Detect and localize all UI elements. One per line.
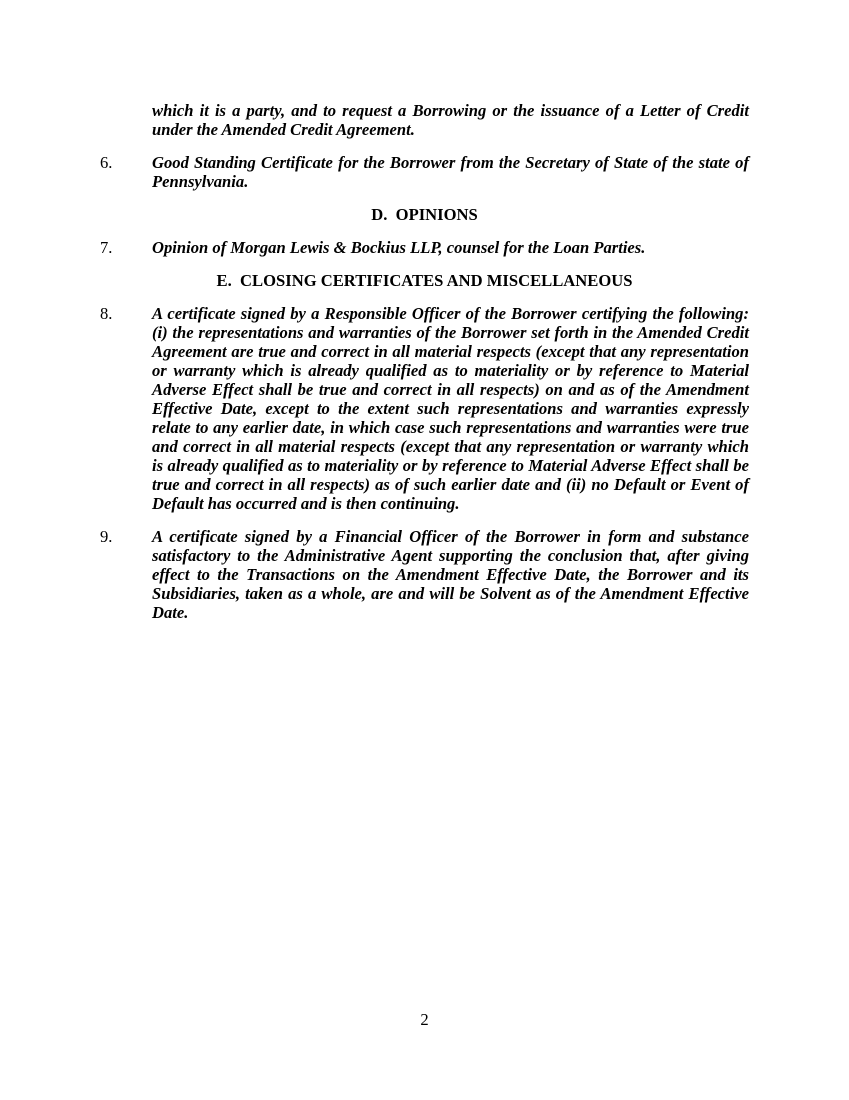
item-text: A certificate signed by a Responsible Of… <box>152 304 749 513</box>
item-text: A certificate signed by a Financial Offi… <box>152 527 749 622</box>
page-number: 2 <box>420 1010 428 1029</box>
paragraph-text: which it is a party, and to request a Bo… <box>152 101 749 139</box>
item-number: 9. <box>100 527 112 546</box>
continuation-paragraph: which it is a party, and to request a Bo… <box>100 101 749 139</box>
item-number: 8. <box>100 304 112 323</box>
item-text: Opinion of Morgan Lewis & Bockius LLP, c… <box>152 238 749 257</box>
list-item-8: 8. A certificate signed by a Responsible… <box>100 304 749 513</box>
section-heading-opinions: D. OPINIONS <box>100 205 749 224</box>
list-item-6: 6. Good Standing Certificate for the Bor… <box>100 153 749 191</box>
section-heading-closing-certificates: E. CLOSING CERTIFICATES AND MISCELLANEOU… <box>100 271 749 290</box>
item-number: 7. <box>100 238 112 257</box>
list-item-7: 7. Opinion of Morgan Lewis & Bockius LLP… <box>100 238 749 257</box>
document-page: which it is a party, and to request a Bo… <box>0 0 849 1100</box>
item-number: 6. <box>100 153 112 172</box>
document-body: which it is a party, and to request a Bo… <box>100 101 749 636</box>
page-footer: 2 <box>0 1010 849 1029</box>
list-item-9: 9. A certificate signed by a Financial O… <box>100 527 749 622</box>
item-text: Good Standing Certificate for the Borrow… <box>152 153 749 191</box>
